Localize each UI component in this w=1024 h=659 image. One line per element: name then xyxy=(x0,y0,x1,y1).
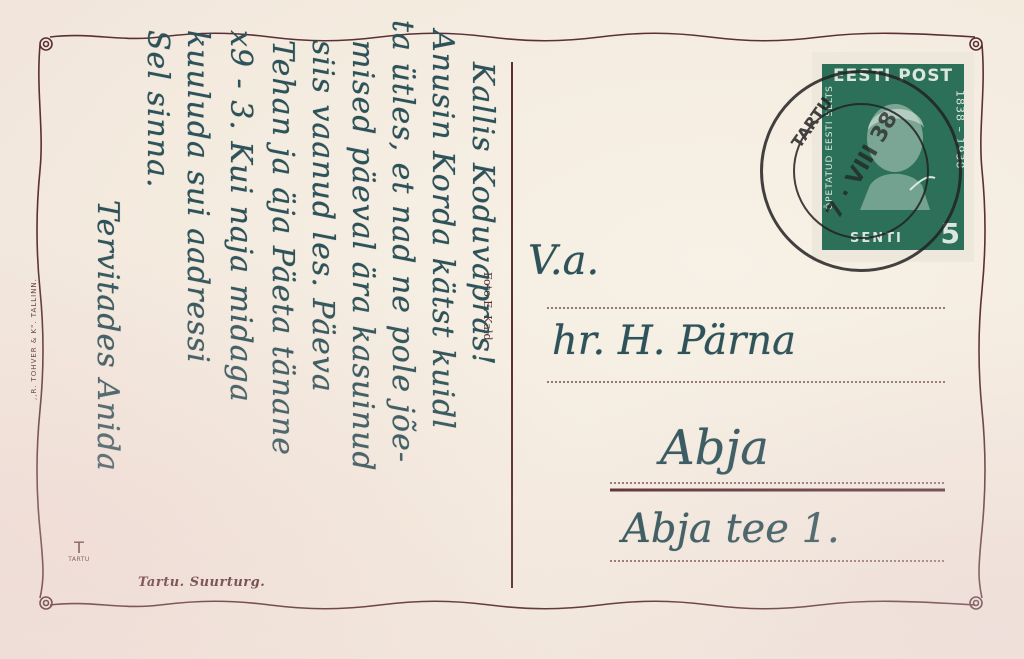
message-line: Sel sinna. xyxy=(140,30,175,189)
publisher-imprint: ,,R. TOHVER & K". TALLINN. xyxy=(30,278,38,400)
tartu-logo: T TARTU xyxy=(64,540,94,563)
logo-city: TARTU xyxy=(64,556,94,563)
message-line: Kallis Koduvapras! xyxy=(465,62,500,366)
signature: Tervitades Anida xyxy=(90,200,125,472)
logo-letter: T xyxy=(64,540,94,556)
postmark: TARTU 7 · VIII 38 xyxy=(760,70,962,272)
photo-caption: Tartu. Suurturg. xyxy=(138,575,265,590)
message-line: mised päeval ära kasuinud xyxy=(345,40,380,472)
address-line-1: V.a. xyxy=(528,238,599,284)
message-line: Anusin Korda kätst kuidl xyxy=(425,30,460,430)
address-street: Abja tee 1. xyxy=(622,506,840,552)
postcard-back: ,,R. TOHVER & K". TALLINN. Foto E. Kald … xyxy=(0,0,1024,659)
message-line: kuuluda sui aadressi xyxy=(180,30,215,364)
address-city: Abja xyxy=(660,420,769,476)
message-line: siis vaanud les. Päeva xyxy=(305,40,340,393)
message-line: x9 - 3. Kui naja midaga xyxy=(223,30,258,403)
message-line: ta ütles, et nad ne pole jõe- xyxy=(385,20,420,463)
address-recipient: hr. H. Pärna xyxy=(552,318,796,364)
message-line: Tehan ja äja Päeta tänane xyxy=(265,40,300,456)
